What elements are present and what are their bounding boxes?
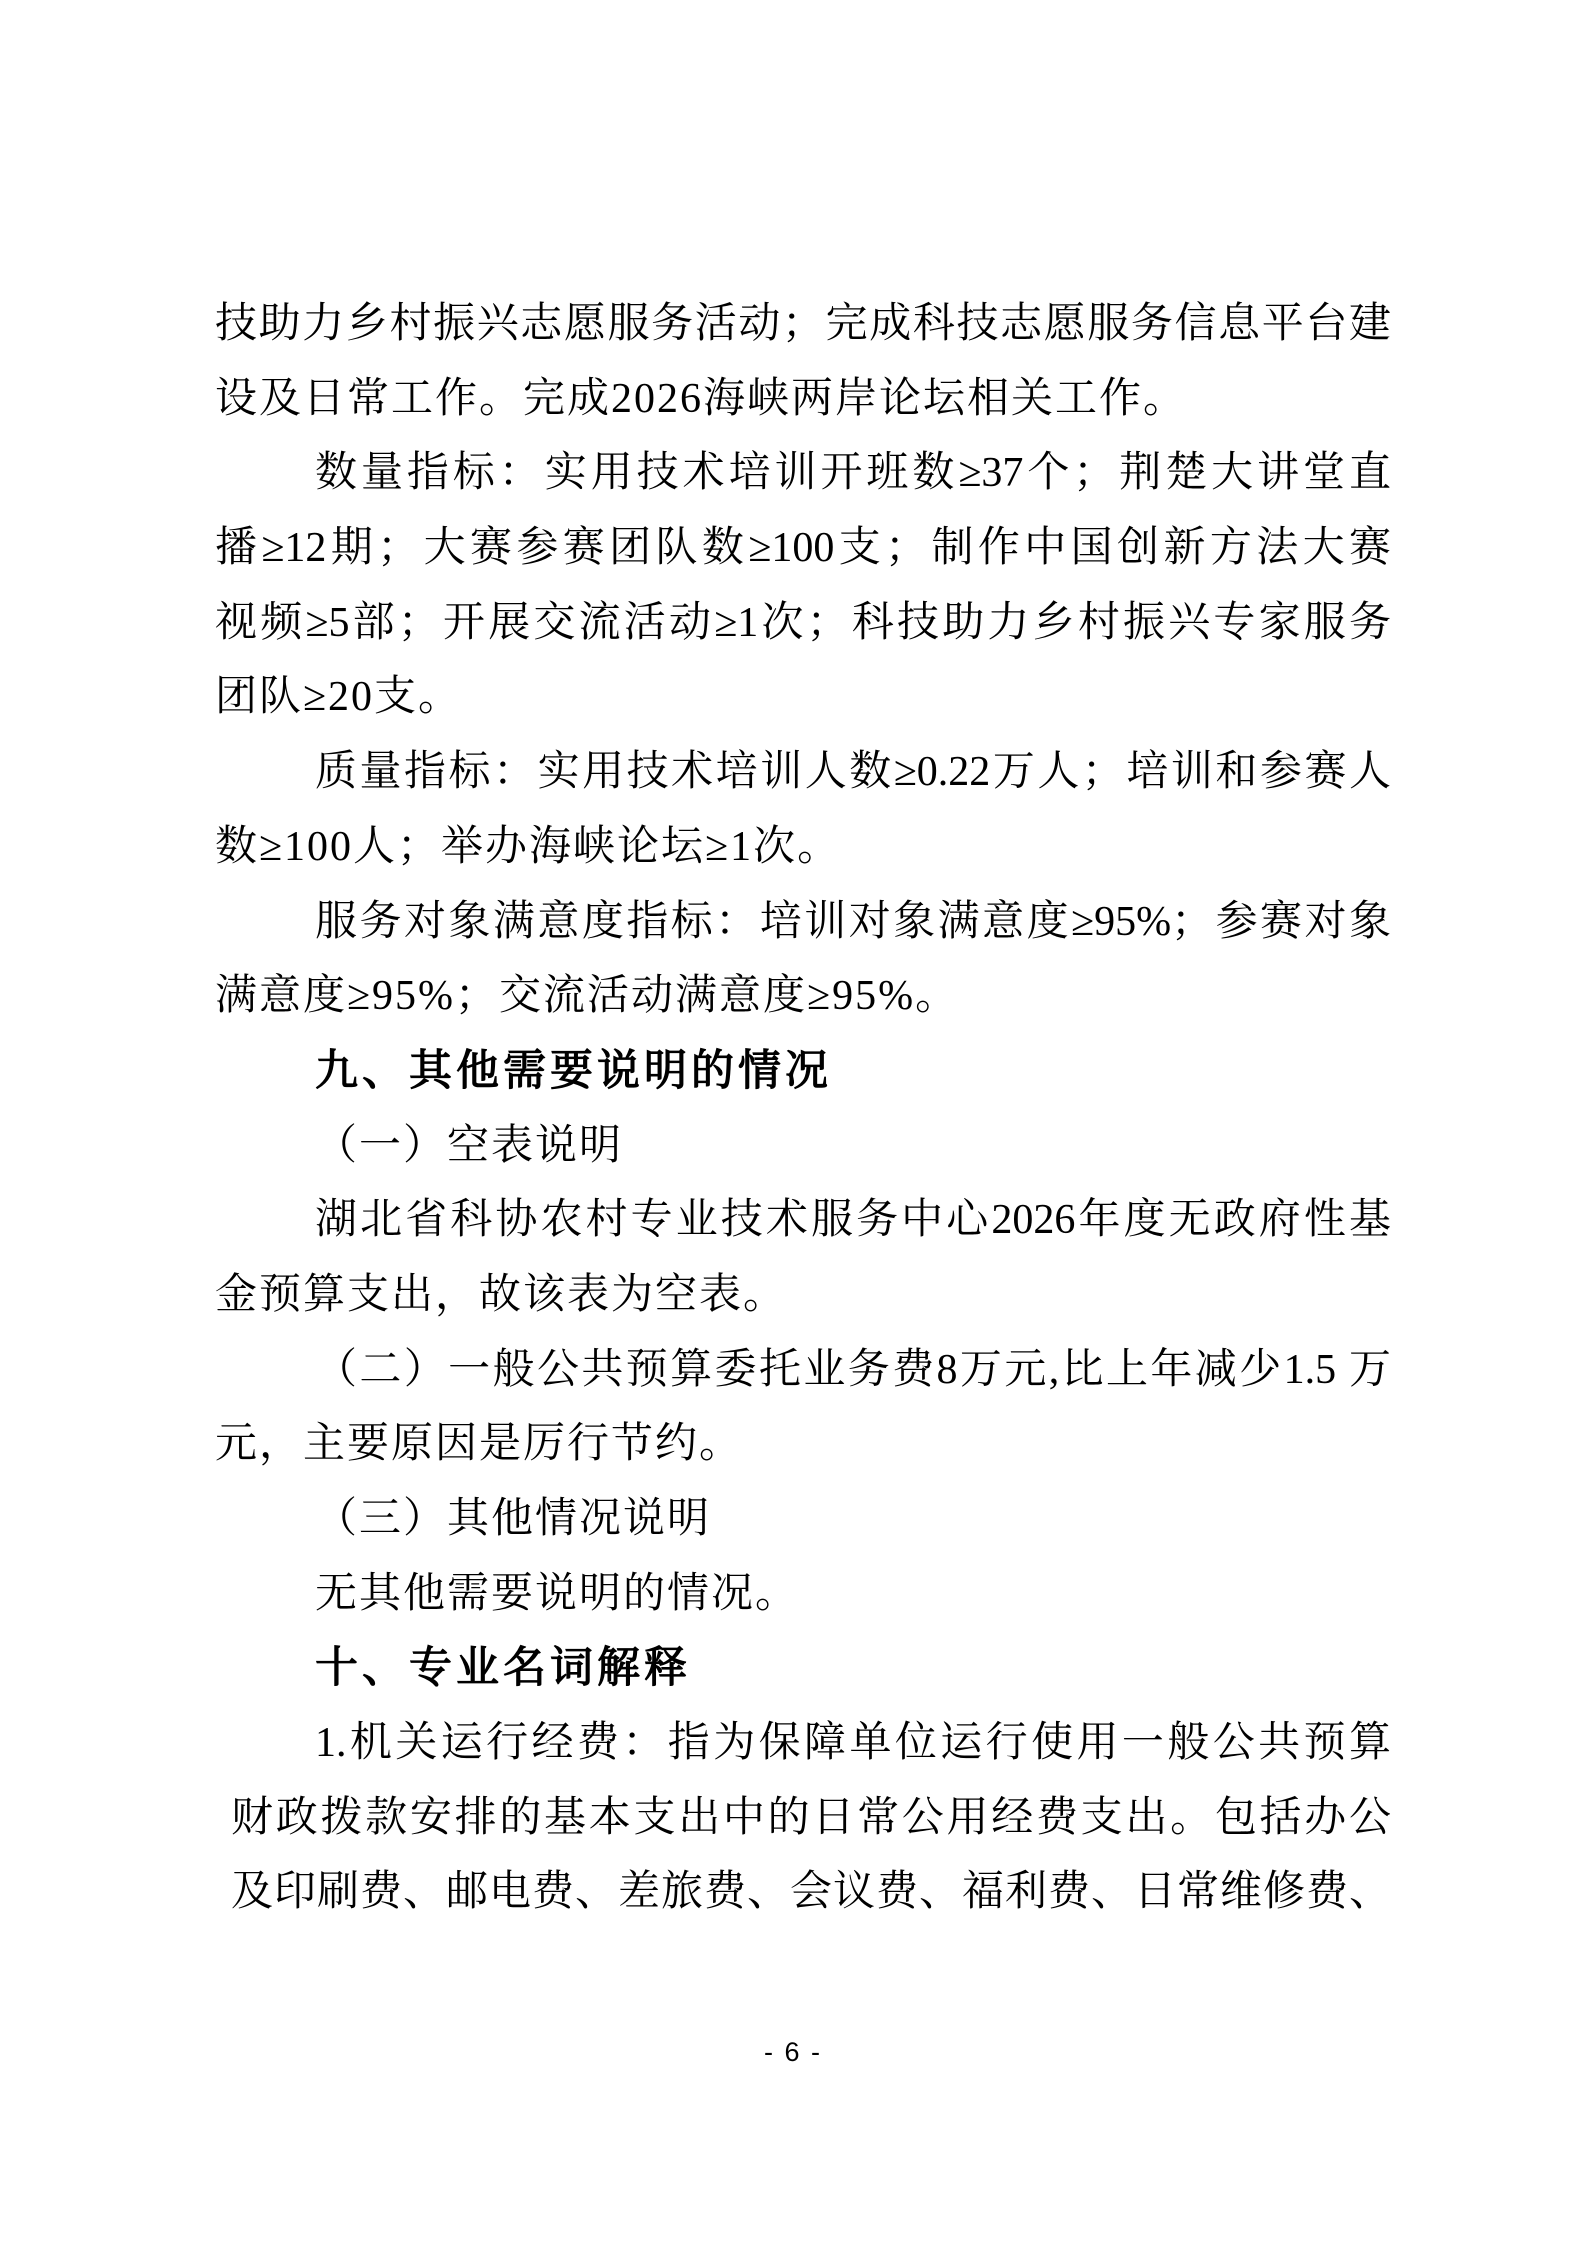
text-line: 及印刷费、邮电费、差旅费、会议费、福利费、日常维修费、 (215, 1855, 1391, 1930)
text-line: 无其他需要说明的情况。 (215, 1557, 1391, 1632)
section-heading: 十、专业名词解释 (215, 1631, 1391, 1706)
text-line: 金预算支出，故该表为空表。 (215, 1258, 1391, 1333)
text-line: 满意度≥95%；交流活动满意度≥95%。 (215, 959, 1391, 1034)
text-line: 播≥12期；大赛参赛团队数≥100支；制作中国创新方法大赛 (215, 511, 1391, 586)
section-heading: 九、其他需要说明的情况 (215, 1034, 1391, 1109)
text-line: 元，主要原因是厉行节约。 (215, 1407, 1391, 1482)
text-line: 数量指标：实用技术培训开班数≥37个；荆楚大讲堂直 (215, 436, 1391, 511)
text-line: 财政拨款安排的基本支出中的日常公用经费支出。包括办公 (215, 1781, 1391, 1856)
text-line: 数≥100人；举办海峡论坛≥1次。 (215, 810, 1391, 885)
text-line: 质量指标：实用技术培训人数≥0.22万人；培训和参赛人 (215, 735, 1391, 810)
text-line: （二）一般公共预算委托业务费8万元,比上年减少1.5 万 (215, 1333, 1391, 1408)
page-number: - 6 - (0, 2030, 1586, 2074)
text-line: （三）其他情况说明 (215, 1482, 1391, 1557)
document-page: 技助力乡村振兴志愿服务活动；完成科技志愿服务信息平台建 设及日常工作。完成202… (0, 0, 1586, 2245)
text-line: 设及日常工作。完成2026海峡两岸论坛相关工作。 (215, 362, 1391, 437)
document-body: 技助力乡村振兴志愿服务活动；完成科技志愿服务信息平台建 设及日常工作。完成202… (215, 287, 1391, 1930)
text-line: 技助力乡村振兴志愿服务活动；完成科技志愿服务信息平台建 (215, 287, 1391, 362)
text-line: 1.机关运行经费：指为保障单位运行使用一般公共预算 (215, 1706, 1391, 1781)
text-line: 视频≥5部；开展交流活动≥1次；科技助力乡村振兴专家服务 (215, 586, 1391, 661)
text-line: 湖北省科协农村专业技术服务中心2026年度无政府性基 (215, 1183, 1391, 1258)
text-line: 团队≥20支。 (215, 660, 1391, 735)
text-line: （一）空表说明 (215, 1109, 1391, 1184)
text-line: 服务对象满意度指标：培训对象满意度≥95%；参赛对象 (215, 885, 1391, 960)
